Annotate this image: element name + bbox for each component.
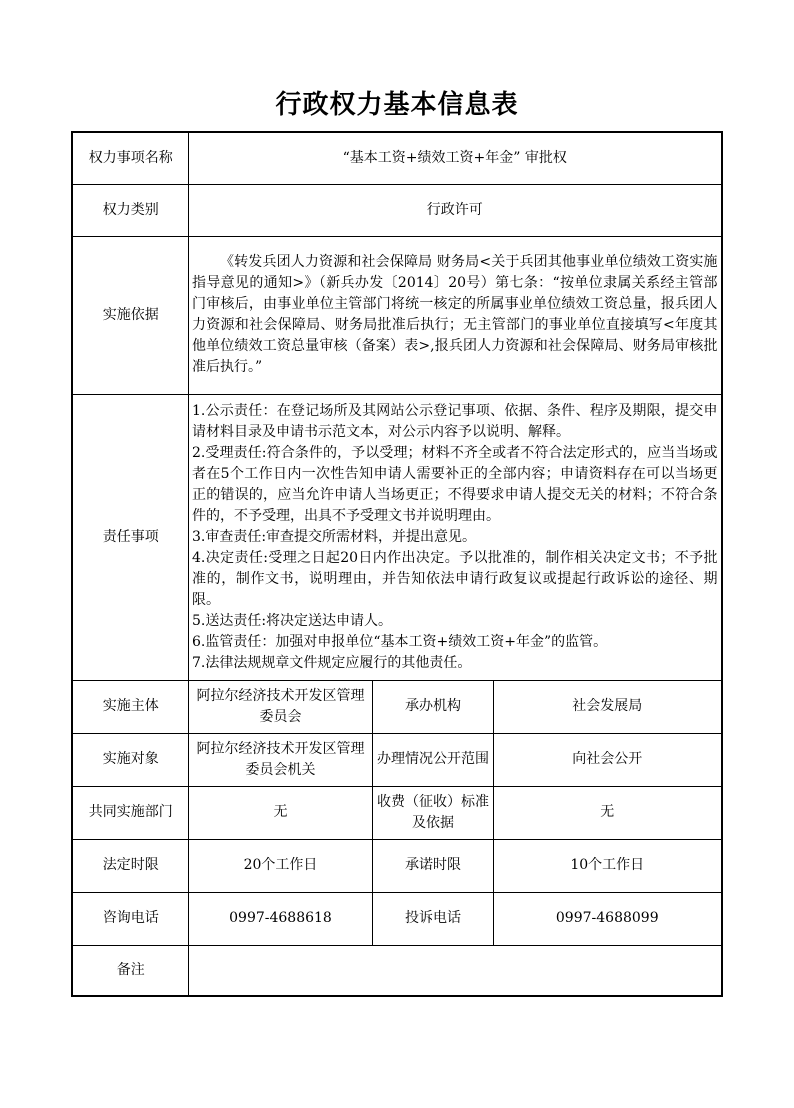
value-fee-standard: 无: [493, 786, 721, 839]
label-power-category: 权力类别: [72, 184, 188, 236]
value-joint-departments: 无: [188, 786, 372, 839]
row-power-category: 权力类别 行政许可: [72, 184, 721, 236]
label-fee-standard: 收费（征收）标准及依据: [372, 786, 493, 839]
label-legal-time-limit: 法定时限: [72, 839, 188, 892]
row-implementation-object: 实施对象 阿拉尔经济技术开发区管理委员会机关 办理情况公开范围 向社会公开: [72, 733, 721, 786]
value-consultation-phone: 0997-4688618: [188, 892, 372, 945]
label-responsibility-items: 责任事项: [72, 394, 188, 680]
label-implementation-object: 实施对象: [72, 733, 188, 786]
row-remarks: 备注: [72, 945, 721, 996]
row-consultation-phone: 咨询电话 0997-4688618 投诉电话 0997-4688099: [72, 892, 721, 945]
row-legal-time-limit: 法定时限 20个工作日 承诺时限 10个工作日: [72, 839, 721, 892]
duty-item-1: 1.公示责任：在登记场所及其网站公示登记事项、依据、条件、程序及期限，提交申请材…: [192, 401, 718, 443]
label-complaint-phone: 投诉电话: [372, 892, 493, 945]
row-power-item-name: 权力事项名称 “基本工资+绩效工资+年金” 审批权: [72, 132, 721, 184]
row-implementing-subject: 实施主体 阿拉尔经济技术开发区管理委员会 承办机构 社会发展局: [72, 680, 721, 733]
label-consultation-phone: 咨询电话: [72, 892, 188, 945]
value-implementation-basis: 《转发兵团人力资源和社会保障局 财务局<关于兵团其他事业单位绩效工资实施指导意见…: [188, 236, 721, 394]
label-power-item-name: 权力事项名称: [72, 132, 188, 184]
label-remarks: 备注: [72, 945, 188, 996]
value-responsibility-items: 1.公示责任：在登记场所及其网站公示登记事项、依据、条件、程序及期限，提交申请材…: [188, 394, 721, 680]
duty-item-2: 2.受理责任:符合条件的，予以受理；材料不齐全或者不符合法定形式的，应当当场或者…: [192, 443, 718, 527]
value-undertaking-agency: 社会发展局: [493, 680, 721, 733]
label-promised-time-limit: 承诺时限: [372, 839, 493, 892]
label-joint-departments: 共同实施部门: [72, 786, 188, 839]
value-remarks: [188, 945, 721, 996]
row-implementation-basis: 实施依据 《转发兵团人力资源和社会保障局 财务局<关于兵团其他事业单位绩效工资实…: [72, 236, 721, 394]
document-page: 行政权力基本信息表 权力事项名称 “基本工资+绩效工资+年金” 审批权 权力类别…: [0, 0, 794, 1108]
label-implementing-subject: 实施主体: [72, 680, 188, 733]
label-implementation-basis: 实施依据: [72, 236, 188, 394]
value-implementing-subject: 阿拉尔经济技术开发区管理委员会: [188, 680, 372, 733]
basis-paragraph: 《转发兵团人力资源和社会保障局 财务局<关于兵团其他事业单位绩效工资实施指导意见…: [192, 252, 718, 378]
value-promised-time-limit: 10个工作日: [493, 839, 721, 892]
info-table: 权力事项名称 “基本工资+绩效工资+年金” 审批权 权力类别 行政许可 实施依据…: [71, 131, 722, 997]
row-joint-departments: 共同实施部门 无 收费（征收）标准及依据 无: [72, 786, 721, 839]
value-disclosure-scope: 向社会公开: [493, 733, 721, 786]
value-power-category: 行政许可: [188, 184, 721, 236]
value-complaint-phone: 0997-4688099: [493, 892, 721, 945]
label-disclosure-scope: 办理情况公开范围: [372, 733, 493, 786]
duty-item-4: 4.决定责任:受理之日起20日内作出决定。予以批准的，制作相关决定文书；不予批准…: [192, 548, 718, 611]
duty-item-6: 6.监管责任：加强对申报单位“基本工资+绩效工资+年金”的监管。: [192, 632, 718, 653]
page-title: 行政权力基本信息表: [0, 0, 794, 121]
duty-item-3: 3.审查责任:审查提交所需材料，并提出意见。: [192, 527, 718, 548]
value-legal-time-limit: 20个工作日: [188, 839, 372, 892]
row-responsibility-items: 责任事项 1.公示责任：在登记场所及其网站公示登记事项、依据、条件、程序及期限，…: [72, 394, 721, 680]
duty-item-5: 5.送达责任:将决定送达申请人。: [192, 611, 718, 632]
value-power-item-name: “基本工资+绩效工资+年金” 审批权: [188, 132, 721, 184]
label-undertaking-agency: 承办机构: [372, 680, 493, 733]
duty-item-7: 7.法律法规规章文件规定应履行的其他责任。: [192, 653, 718, 674]
value-implementation-object: 阿拉尔经济技术开发区管理委员会机关: [188, 733, 372, 786]
